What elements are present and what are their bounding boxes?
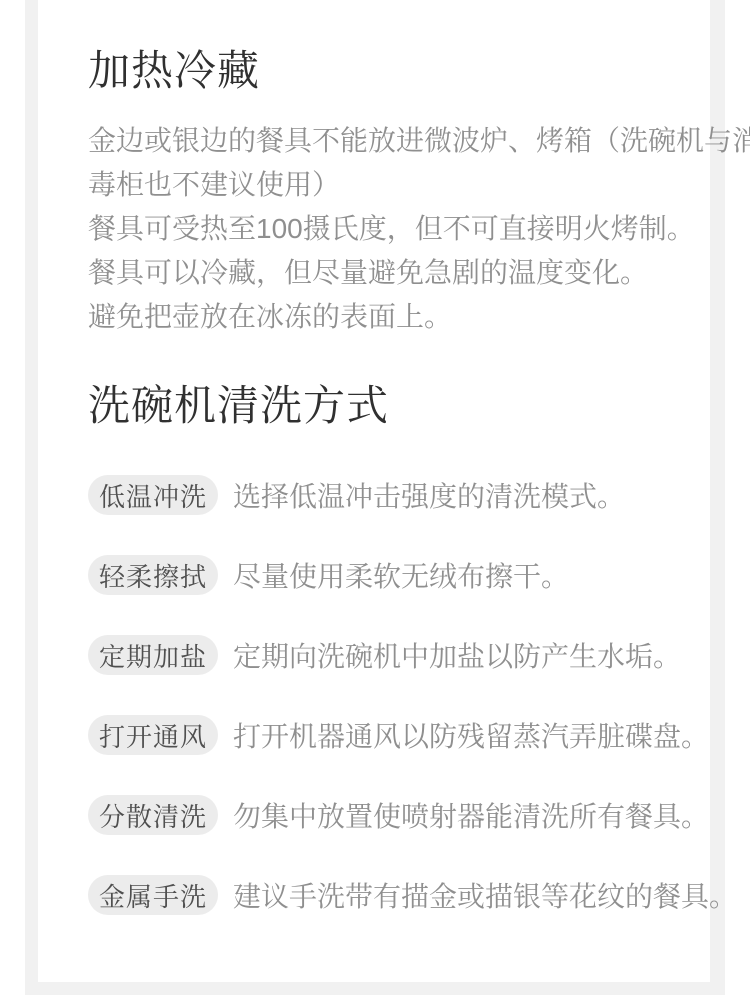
tip-row-ventilation: 打开通风 打开机器通风以防残留蒸汽弄脏碟盘。 bbox=[88, 715, 690, 755]
tip-row-gentle-wipe: 轻柔擦拭 尽量使用柔软无绒布擦干。 bbox=[88, 555, 690, 595]
tip-badge: 轻柔擦拭 bbox=[88, 555, 218, 595]
tip-desc: 尽量使用柔软无绒布擦干。 bbox=[233, 555, 569, 595]
paragraph-line: 餐具可受热至100摄氏度，但不可直接明火烤制。 bbox=[88, 207, 690, 251]
paragraph-line: 餐具可以冷藏，但尽量避免急剧的温度变化。 bbox=[88, 251, 690, 295]
product-care-page: 加热冷藏 金边或银边的餐具不能放进微波炉、烤箱（洗碗机与消 毒柜也不建议使用） … bbox=[0, 0, 750, 1007]
tip-row-add-salt: 定期加盐 定期向洗碗机中加盐以防产生水垢。 bbox=[88, 635, 690, 675]
tip-desc: 勿集中放置使喷射器能清洗所有餐具。 bbox=[233, 795, 709, 835]
heating-care-paragraph: 金边或银边的餐具不能放进微波炉、烤箱（洗碗机与消 毒柜也不建议使用） 餐具可受热… bbox=[88, 119, 690, 339]
gray-frame: 加热冷藏 金边或银边的餐具不能放进微波炉、烤箱（洗碗机与消 毒柜也不建议使用） … bbox=[25, 0, 725, 995]
section-title-heating: 加热冷藏 bbox=[88, 44, 690, 97]
dishwasher-tips-list: 低温冲洗 选择低温冲击强度的清洗模式。 轻柔擦拭 尽量使用柔软无绒布擦干。 定期… bbox=[88, 475, 690, 915]
tip-badge: 分散清洗 bbox=[88, 795, 218, 835]
tip-desc: 选择低温冲击强度的清洗模式。 bbox=[233, 475, 625, 515]
paragraph-line: 避免把壶放在冰冻的表面上。 bbox=[88, 295, 690, 339]
tip-badge: 打开通风 bbox=[88, 715, 218, 755]
paragraph-line: 毒柜也不建议使用） bbox=[88, 163, 690, 207]
tip-badge: 低温冲洗 bbox=[88, 475, 218, 515]
content-card: 加热冷藏 金边或银边的餐具不能放进微波炉、烤箱（洗碗机与消 毒柜也不建议使用） … bbox=[38, 0, 710, 982]
section-title-dishwasher: 洗碗机清洗方式 bbox=[88, 379, 690, 432]
tip-row-hand-wash-metal: 金属手洗 建议手洗带有描金或描银等花纹的餐具。 bbox=[88, 875, 690, 915]
tip-row-low-temp: 低温冲洗 选择低温冲击强度的清洗模式。 bbox=[88, 475, 690, 515]
tip-desc: 建议手洗带有描金或描银等花纹的餐具。 bbox=[233, 875, 737, 915]
tip-badge: 定期加盐 bbox=[88, 635, 218, 675]
paragraph-line: 金边或银边的餐具不能放进微波炉、烤箱（洗碗机与消 bbox=[88, 119, 690, 163]
tip-row-spread-out: 分散清洗 勿集中放置使喷射器能清洗所有餐具。 bbox=[88, 795, 690, 835]
tip-desc: 打开机器通风以防残留蒸汽弄脏碟盘。 bbox=[233, 715, 709, 755]
tip-badge: 金属手洗 bbox=[88, 875, 218, 915]
tip-desc: 定期向洗碗机中加盐以防产生水垢。 bbox=[233, 635, 681, 675]
